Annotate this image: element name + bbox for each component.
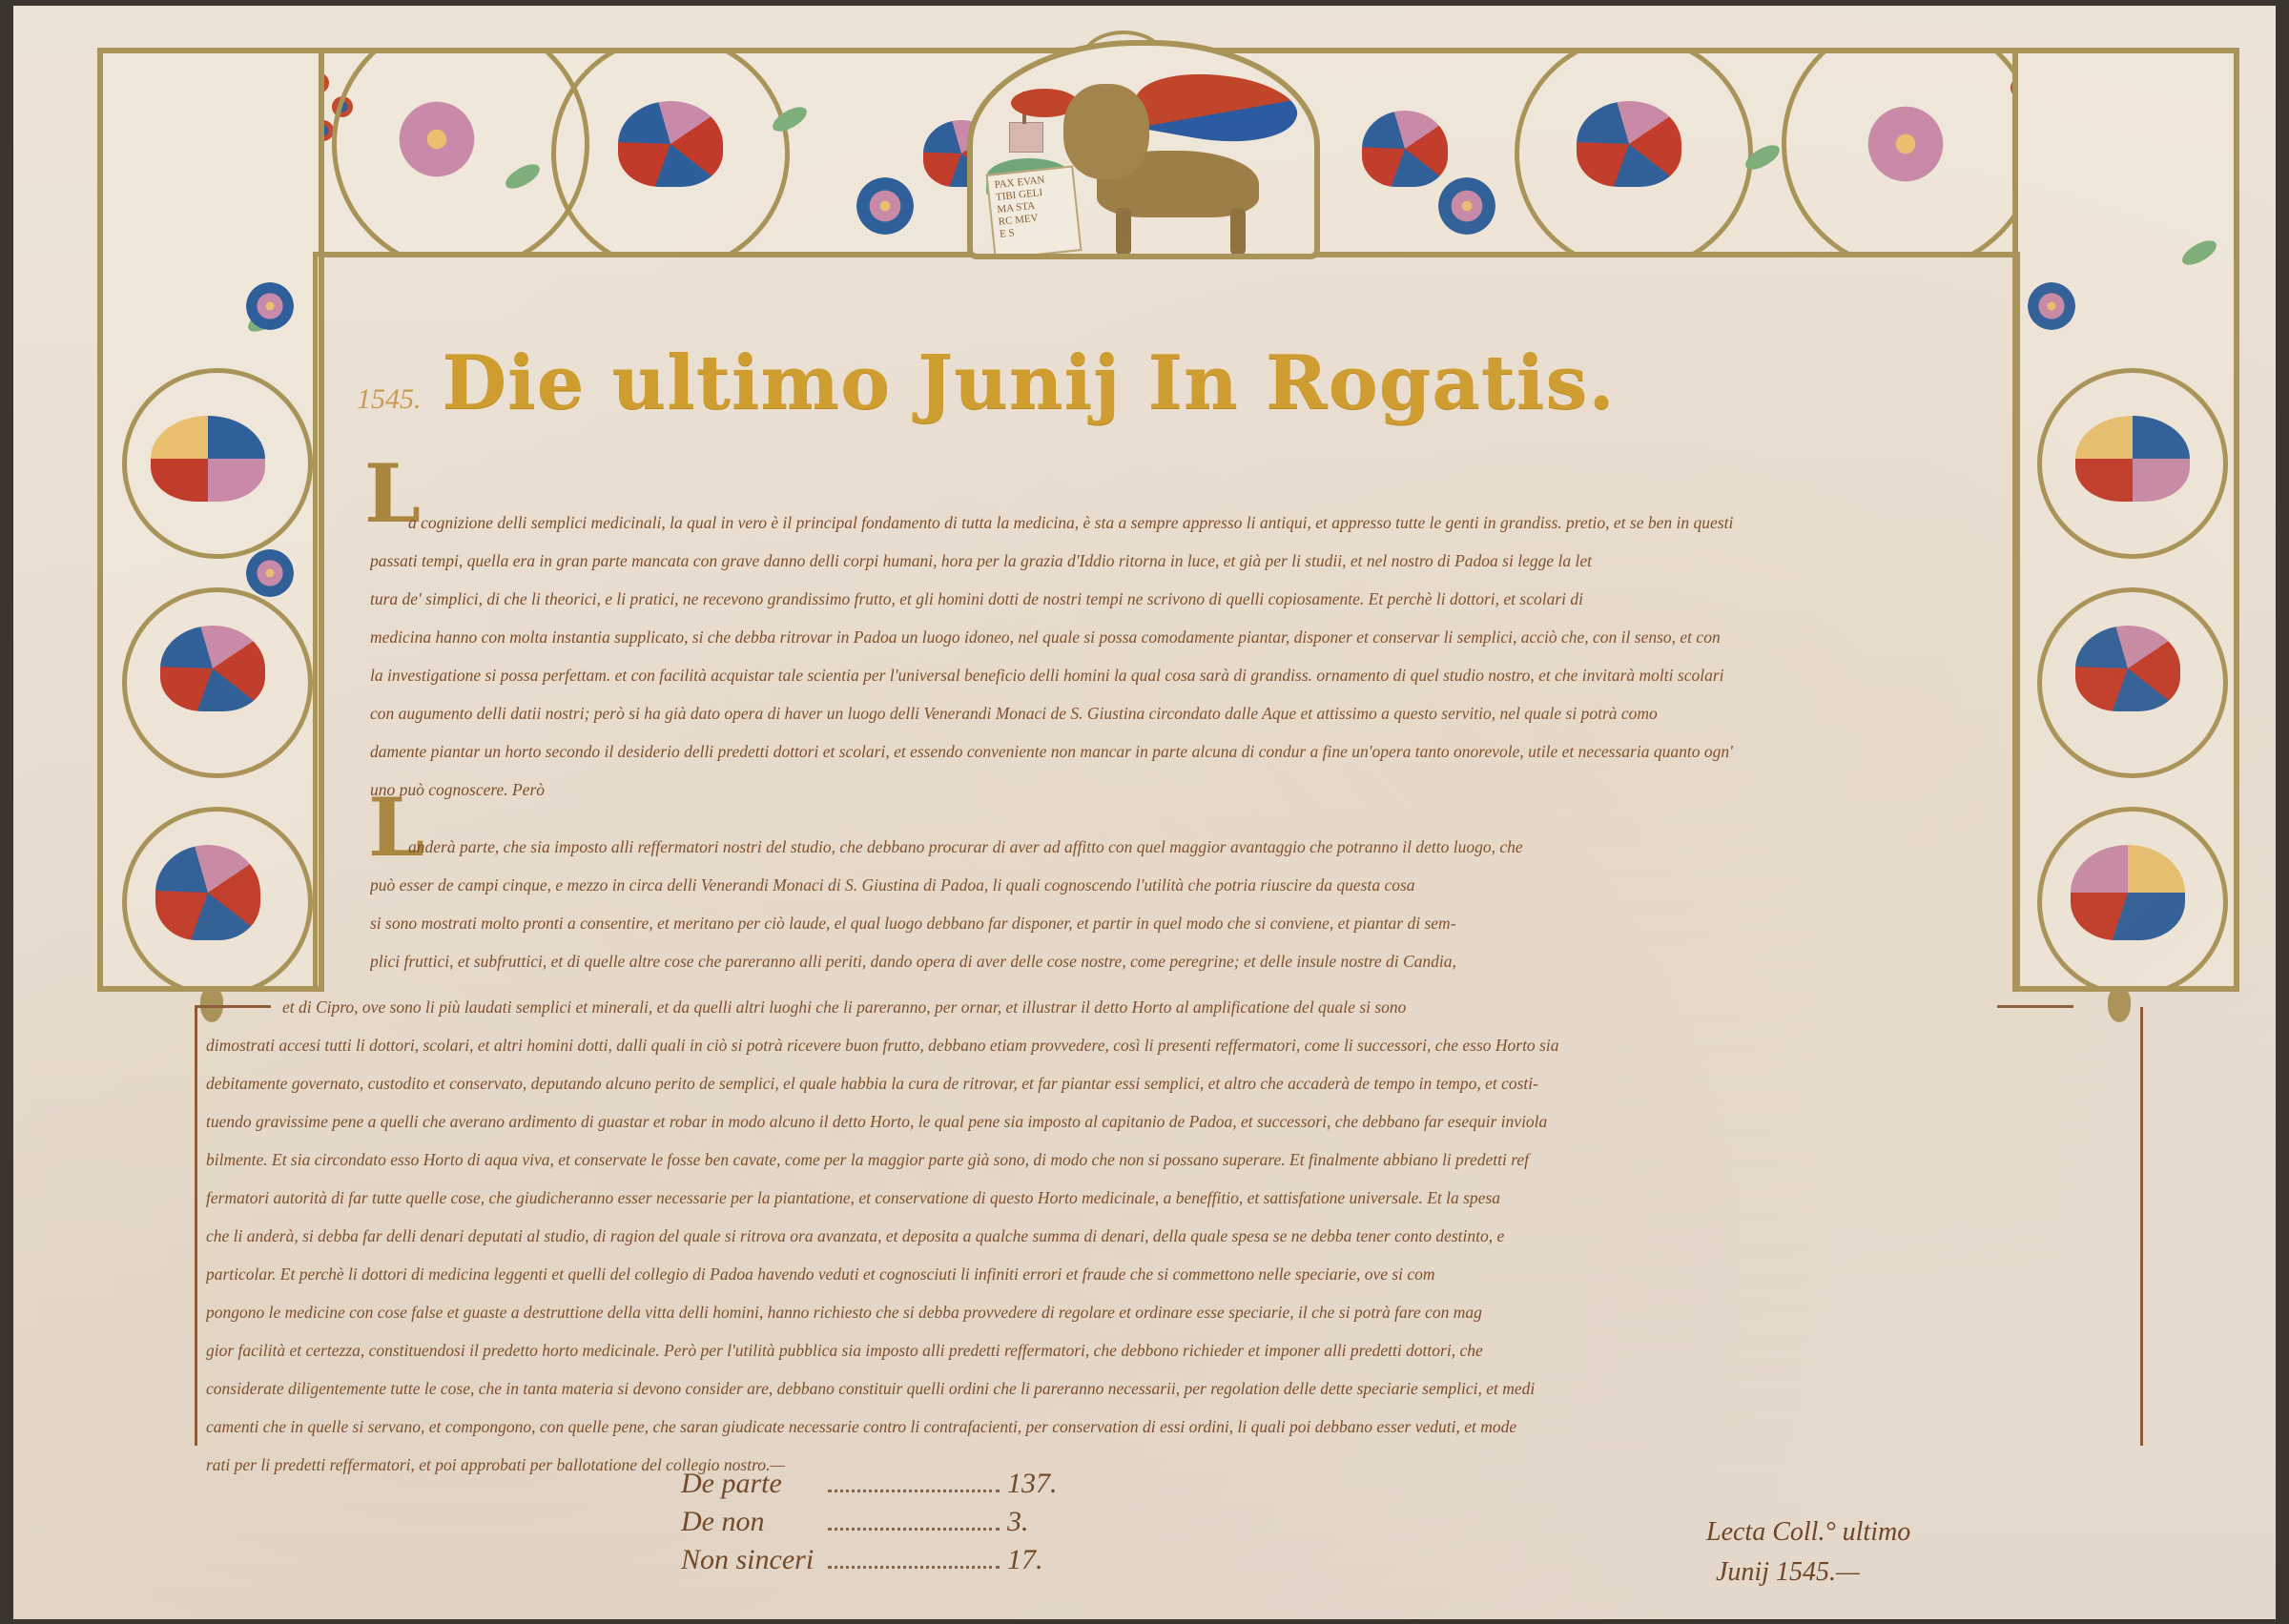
text-line: et di Cipro, ove sono li più laudati sem… xyxy=(282,988,2133,1026)
lion-wing-icon xyxy=(1130,61,1302,154)
open-book: PAX EVAN TIBI GELI MA STA RC MEV E S xyxy=(986,165,1083,259)
pink-flower-icon xyxy=(1858,96,1953,192)
pomegranate-flower-icon xyxy=(2075,416,2190,502)
paragraph-preamble: a cognizione delli semplici medicinali, … xyxy=(408,504,1906,809)
text-line: passati tempi, quella era in gran parte … xyxy=(370,542,1906,580)
text-line: a cognizione delli semplici medicinali, … xyxy=(408,504,1906,542)
margin-rule-left xyxy=(195,1007,197,1446)
document-heading: 1545. Die ultimo Junij In Rogatis. xyxy=(357,339,1883,454)
tally-row: De parte 137. xyxy=(681,1465,1064,1503)
tally-row: De non 3. xyxy=(681,1503,1064,1541)
tulip-flower-icon xyxy=(155,845,260,940)
paragraph-provisions: et di Cipro, ove sono li più laudati sem… xyxy=(206,988,2133,1484)
tulip-flower-icon xyxy=(618,101,723,187)
tally-row: Non sinceri 17. xyxy=(681,1541,1064,1579)
text-line: pongono le medicine con cose false et gu… xyxy=(206,1293,2133,1331)
dot-leader xyxy=(828,1528,1000,1531)
tally-label: De non xyxy=(681,1503,824,1541)
pomegranate-flower-icon xyxy=(151,416,265,502)
text-line: anderà parte, che sia imposto alli reffe… xyxy=(408,828,1906,866)
text-line: dimostrati accesi tutti li dottori, scol… xyxy=(206,1026,2133,1064)
winged-lion-medallion: PAX EVAN TIBI GELI MA STA RC MEV E S xyxy=(967,40,1320,259)
vote-tally: De parte 137. De non 3. Non sinceri 17. xyxy=(681,1465,1064,1579)
text-line: tuendo gravissime pene a quelli che aver… xyxy=(206,1102,2133,1141)
text-line: fermatori autorità di far tutte quelle c… xyxy=(206,1179,2133,1217)
tulip-flower-icon xyxy=(160,626,265,711)
tally-value: 3. xyxy=(1007,1503,1064,1541)
illuminated-border-left xyxy=(97,48,324,992)
text-line: considerate diligentemente tutte le cose… xyxy=(206,1369,2133,1408)
tally-value: 17. xyxy=(1007,1541,1064,1579)
tulip-flower-icon xyxy=(2075,626,2180,711)
text-line: medicina hanno con molta instantia suppl… xyxy=(370,618,1906,656)
text-line: tura de' simplici, di che li theorici, e… xyxy=(370,580,1906,618)
manuscript-sheet: PAX EVAN TIBI GELI MA STA RC MEV E S 154… xyxy=(13,6,2276,1619)
text-line: gior facilità et certezza, constituendos… xyxy=(206,1331,2133,1369)
small-flower-icon xyxy=(246,549,294,597)
text-line: particolar. Et perchè li dottori di medi… xyxy=(206,1255,2133,1293)
tulip-flower-icon xyxy=(1362,111,1448,187)
small-flower-icon xyxy=(2028,282,2075,330)
text-line: si sono mostrati molto pronti a consenti… xyxy=(370,904,1906,942)
title-year: 1545. xyxy=(357,383,422,416)
illuminated-border-right xyxy=(2012,48,2239,992)
text-line: rati per li predetti reffermatori, et po… xyxy=(206,1446,2133,1484)
text-line: che li anderà, si debba far delli denari… xyxy=(206,1217,2133,1255)
text-line: con augumento delli datii nostri; però s… xyxy=(370,694,1906,732)
tally-label: De parte xyxy=(681,1465,824,1503)
lion-head-icon xyxy=(1063,84,1149,179)
margin-rule-right xyxy=(2140,1007,2143,1446)
lion-leg xyxy=(1230,208,1246,256)
pink-flower-icon xyxy=(389,92,485,187)
leaf-icon xyxy=(2178,236,2220,270)
small-flower-icon xyxy=(246,282,294,330)
tulip-flower-icon xyxy=(1577,101,1681,187)
text-line: camenti che in quelle si servano, et com… xyxy=(206,1408,2133,1446)
lion-leg xyxy=(1116,208,1131,256)
text-line: uno può cognoscere. Però xyxy=(370,771,1906,809)
small-flower-icon xyxy=(1438,177,1495,235)
text-line: la investigatione si possa perfettam. et… xyxy=(370,656,1906,694)
reading-note: Lecta Coll.° ultimo Junij 1545.— xyxy=(1706,1512,1910,1593)
dot-leader xyxy=(828,1490,1000,1492)
text-line: damente piantar un horto secondo il desi… xyxy=(370,732,1906,771)
signoff-line: Junij 1545.— xyxy=(1716,1552,1910,1593)
paragraph-resolution: anderà parte, che sia imposto alli reffe… xyxy=(408,828,1906,980)
small-flower-icon xyxy=(856,177,914,235)
tulip-flower-icon xyxy=(2071,845,2185,940)
text-line: debitamente governato, custodito et cons… xyxy=(206,1064,2133,1102)
text-line: può esser de campi cinque, e mezzo in ci… xyxy=(370,866,1906,904)
tower-icon xyxy=(1009,122,1043,153)
text-line: plici fruttici, et subfruttici, et di qu… xyxy=(370,942,1906,980)
tally-value: 137. xyxy=(1007,1465,1064,1503)
text-line: bilmente. Et sia circondato esso Horto d… xyxy=(206,1141,2133,1179)
tally-label: Non sinceri xyxy=(681,1541,824,1579)
signoff-line: Lecta Coll.° ultimo xyxy=(1706,1512,1910,1552)
document-title: Die ultimo Junij In Rogatis. xyxy=(443,339,1616,426)
dot-leader xyxy=(828,1566,1000,1569)
